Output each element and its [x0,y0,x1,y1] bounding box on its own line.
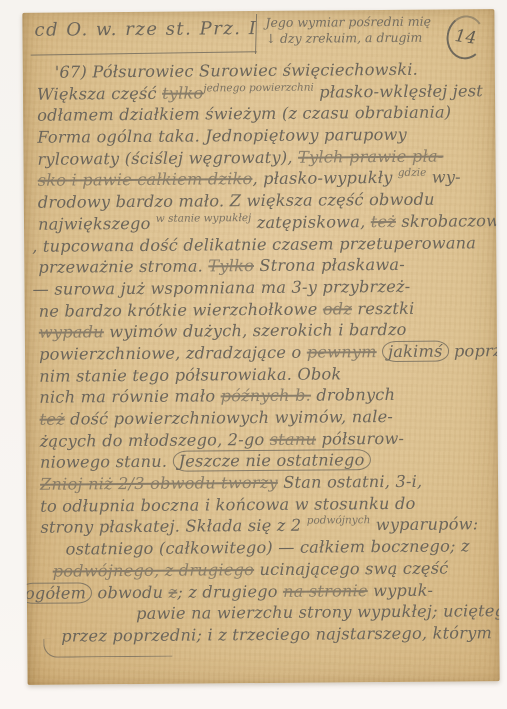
text-segment: wy- [426,168,461,187]
text-segment-struck: podwójnego, z drugiego [53,560,254,581]
text-segment: powierzchniowe, zdradzające o [39,343,307,364]
text-segment: półsurow- [316,429,404,449]
text-segment: zatępiskowa, [251,212,371,232]
text-segment: płasko-wklęsłej jest [314,81,483,101]
manuscript-line: odłamem działkiem świeżym (z czasu obrab… [37,102,493,127]
text-segment: Strona płaskawa- [254,255,405,275]
text-segment: skrobaczowata [396,211,500,231]
text-segment-struck: pewnym [307,342,377,362]
text-segment: ; z drugiego [177,581,283,601]
margin-bracket-mark [43,638,172,658]
text-segment: Stan ostatni, 3-i, [278,472,423,492]
manuscript-text: '67) Półsurowiec Surowiec święciechowski… [37,58,498,647]
text-segment-circled: Jeszcze nie ostatniego [172,450,370,473]
text-segment: poprzed- [448,341,499,361]
header-title: cd O. w. rze st. Prz. I [34,18,257,41]
text-segment-circled: jakimś [382,340,449,362]
manuscript-line: ostatniego (całkowitego) — całkiem boczn… [65,535,496,560]
text-segment-struck: Tylch prawie pła- [298,146,444,166]
manuscript-line: powierzchniowe, zdradzające o pewnym jak… [39,340,495,365]
manuscript-line: podwójnego, z drugiego ucinającego swą c… [53,557,497,582]
text-segment: odłamem działkiem świeżym (z czasu obrab… [37,103,451,125]
header-note: Jego wymiar pośredni mię ↓ dzy zrekuim, … [265,13,455,46]
text-segment-inserted: jednego powierzchni [203,81,314,94]
text-segment-struck: wypadu [39,322,104,342]
header-note-line1: Jego wymiar pośredni mię [265,13,455,30]
text-segment-struck: odz [323,299,352,318]
text-segment: ostatniego (całkowitego) — całkiem boczn… [66,536,470,558]
text-segment: rylcowaty (ściślej węgrowaty), [37,147,298,168]
text-segment: to odłupnia boczna i końcowa w stosunku … [40,494,415,516]
text-segment-struck: też [39,410,64,429]
text-segment: ucinającego swą część [254,558,449,579]
text-segment: nim stanie tego półsurowiaka. Obok [39,364,341,385]
manuscript-line: największego w stanie wypukłej zatępisko… [38,210,494,235]
text-segment: wypuk- [368,580,433,600]
text-segment: drobnych [311,385,395,405]
text-segment: drodowy bardzo mało. Z większa część obw… [38,190,435,212]
text-segment: dość powierzchniowych wyimów, nale- [65,407,393,429]
text-segment-struck: tylko [162,83,204,102]
text-segment: — surowa już wspomniana ma 3-y przybrzeż… [32,277,410,299]
manuscript-line: , tupcowana dość delikatnie czasem przet… [32,232,494,257]
text-segment-struck: z [168,582,177,601]
text-segment-struck: stanu [270,429,316,448]
text-segment: przeważnie stroma. [38,257,208,277]
text-segment: , tupcowana dość delikatnie czasem przet… [32,233,476,255]
text-segment: resztki [352,298,415,317]
text-segment-struck: na stronie [283,581,368,601]
manuscript-line: pawie na wierzchu strony wypukłej; ucięt… [136,600,497,625]
text-segment: nich ma równie mało [39,387,220,407]
manuscript-paper: cd O. w. rze st. Prz. I Jego wymiar pośr… [22,9,499,685]
text-segment: obwodu [92,582,169,602]
text-segment-struck: późnych b. [221,386,312,406]
header-underline [31,51,257,55]
text-segment: pawie na wierzchu strony wypukłej; ucięt… [136,601,500,623]
header-note-line2: ↓ dzy zrekuim, a drugim [266,29,456,46]
text-segment-circled: ogółem [22,582,92,604]
text-segment-inserted: podwójnych [307,515,371,527]
text-segment-inserted: w stanie wypukłej [156,212,252,225]
text-segment-struck: Znioj niż 2/3 obwodu tworzy [40,473,278,494]
text-segment-struck: sko i pawie całkiem dziko [38,169,253,190]
text-segment: wyparupów: [370,515,478,535]
text-segment: ne bardzo krótkie wierzchołkowe [39,299,323,320]
text-segment: Większa część [37,83,162,103]
text-segment-struck: też [371,212,396,231]
text-segment-inserted: gdzie [398,167,427,179]
text-segment: strony płaskatej. Składa się z 2 [40,516,306,537]
scan-background: cd O. w. rze st. Prz. I Jego wymiar pośr… [0,0,507,709]
text-segment: , płasko-wypukły [252,168,398,188]
text-segment: największego [38,214,156,234]
text-segment: żących do młodszego, 2-go [40,430,270,451]
text-segment: Forma ogólna taka. Jednopiętowy parupowy [37,125,407,147]
text-segment: wyimów dużych, szerokich i bardzo [104,320,407,341]
text-segment: niowego stanu. [40,452,173,472]
page-number-value: 14 [454,26,478,49]
text-segment: '67) Półsurowiec Surowiec święciechowski… [55,60,418,82]
text-segment-struck: Tylko [208,256,254,275]
